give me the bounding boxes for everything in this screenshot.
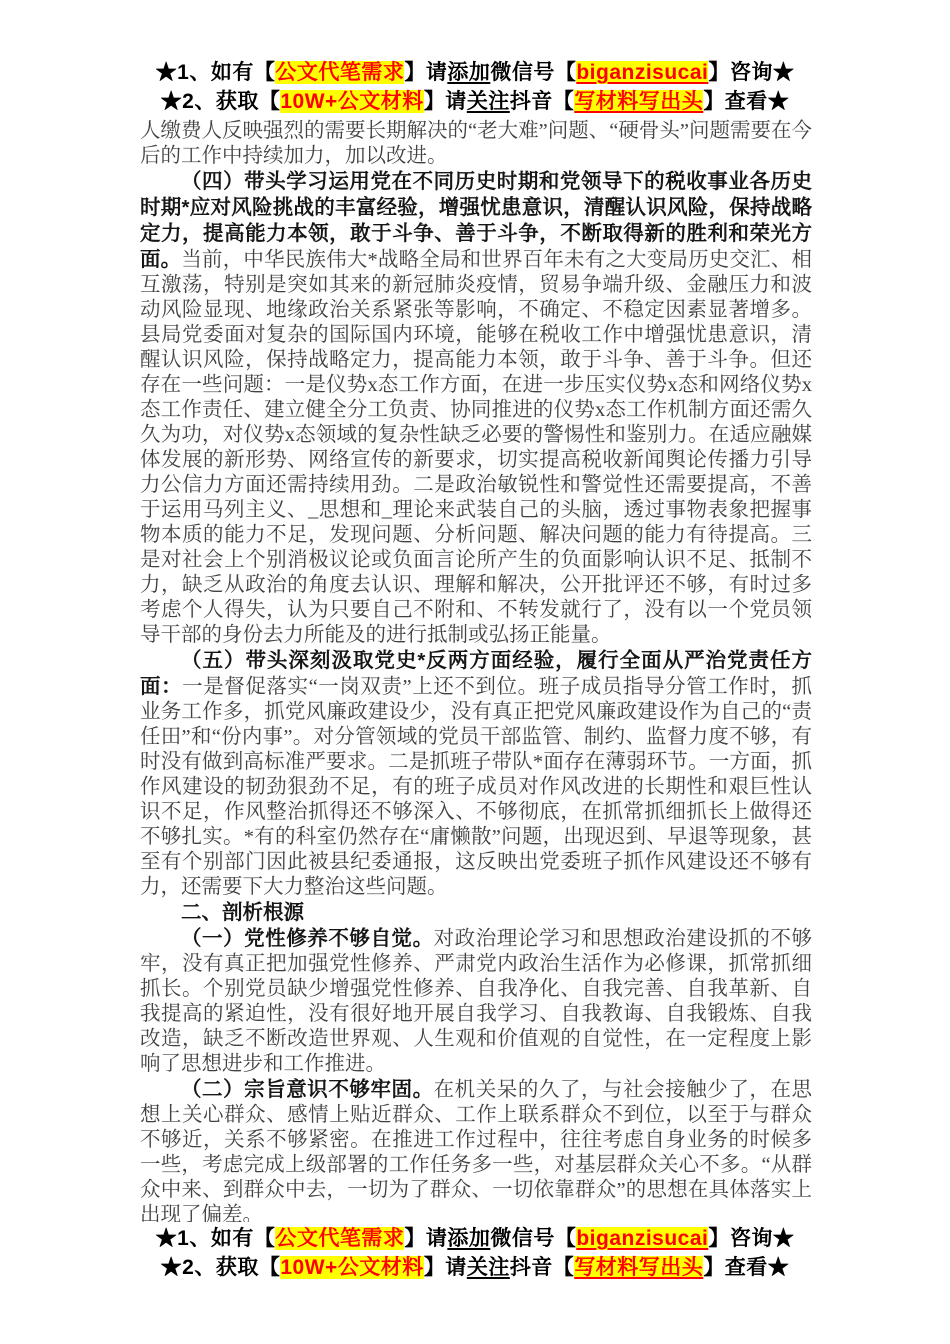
- doc-paragraph: 人缴费人反映强烈的需要长期解决的“老大难”问题、“硬骨头”问题需要在今后的工作中…: [140, 119, 812, 169]
- promo-text-run: 关注: [467, 90, 510, 113]
- promo-text-run: 抖音【: [510, 1256, 575, 1279]
- doc-paragraph: （一）党性修养不够自觉。对政治理论学习和思想政治建设抓的不够牢，没有真正把加强党…: [140, 926, 812, 1077]
- promo-highlight-run: 写材料写出头: [574, 1256, 703, 1279]
- promo-highlight-run: 公文代笔需求: [275, 1227, 404, 1250]
- promo-highlight-run: biganzisucai: [576, 1227, 708, 1250]
- promo-text-run: 】查看★: [703, 1256, 789, 1279]
- promo-highlight-run: 公文代笔需求: [275, 61, 404, 84]
- promo-text-run: 关注: [467, 1256, 510, 1279]
- promo-text-run: 】请: [404, 1227, 447, 1250]
- promo-text-run: 】请: [424, 90, 467, 113]
- doc-paragraph: （五）带头深刻汲取党史*反两方面经验，履行全面从严治党责任方面：一是督促落实“一…: [140, 648, 812, 900]
- document-page: ★1、如有【公文代笔需求】请添加微信号【biganzisucai】咨询★★2、获…: [0, 0, 950, 1344]
- doc-paragraph: （四）带头学习运用党在不同历史时期和党领导下的税收事业各历史时期*应对风险挑战的…: [140, 169, 812, 648]
- promo-line: ★2、获取【10W+公文材料】请关注抖音【写材料写出头】查看★: [0, 87, 950, 116]
- promo-text-run: 】请: [404, 61, 447, 84]
- body-text-run: 当前，中华民族伟大*战略全局和世界百年未有之大变局历史交汇、相互激荡，特别是突如…: [140, 249, 812, 646]
- top-promo-banner: ★1、如有【公文代笔需求】请添加微信号【biganzisucai】咨询★★2、获…: [0, 58, 950, 116]
- promo-text-run: 微信号【: [490, 1227, 576, 1250]
- promo-text-run: ★2、获取【: [161, 1256, 281, 1279]
- promo-text-run: 添加: [447, 61, 490, 84]
- body-text-run: 对政治理论学习和思想政治建设抓的不够牢，没有真正把加强党性修养、严肃党内政治生活…: [140, 928, 812, 1075]
- doc-paragraph: （二）宗旨意识不够牢固。在机关呆的久了，与社会接触少了，在思想上关心群众、感情上…: [140, 1077, 812, 1222]
- promo-text-run: ★1、如有【: [156, 61, 276, 84]
- promo-highlight-run: 10W+公文材料: [280, 1256, 423, 1279]
- bottom-promo-banner: ★1、如有【公文代笔需求】请添加微信号【biganzisucai】咨询★★2、获…: [0, 1224, 950, 1282]
- promo-text-run: 微信号【: [490, 61, 576, 84]
- bold-lead-run: 二、剖析根源: [181, 901, 304, 924]
- promo-highlight-run: biganzisucai: [576, 61, 708, 84]
- promo-text-run: 添加: [447, 1227, 490, 1250]
- promo-text-run: 】咨询★: [708, 1227, 794, 1250]
- bold-lead-run: （二）宗旨意识不够牢固。: [181, 1078, 434, 1101]
- body-text-run: 一是督促落实“一岗双责”上还不到位。班子成员指导分管工作时，抓业务工作多，抓党风…: [140, 676, 812, 898]
- bold-lead-run: （一）党性修养不够自觉。: [181, 927, 434, 950]
- promo-text-run: 】请: [424, 1256, 467, 1279]
- promo-text-run: 】咨询★: [708, 61, 794, 84]
- body-text-run: 人缴费人反映强烈的需要长期解决的“老大难”问题、“硬骨头”问题需要在今后的工作中…: [140, 120, 812, 167]
- promo-highlight-run: 10W+公文材料: [280, 90, 423, 113]
- document-body: 人缴费人反映强烈的需要长期解决的“老大难”问题、“硬骨头”问题需要在今后的工作中…: [140, 119, 812, 1222]
- promo-text-run: ★1、如有【: [156, 1227, 276, 1250]
- doc-paragraph: 二、剖析根源: [140, 900, 812, 926]
- promo-line: ★1、如有【公文代笔需求】请添加微信号【biganzisucai】咨询★: [0, 58, 950, 87]
- promo-text-run: ★2、获取【: [161, 90, 281, 113]
- promo-line: ★2、获取【10W+公文材料】请关注抖音【写材料写出头】查看★: [0, 1253, 950, 1282]
- promo-text-run: 】查看★: [703, 90, 789, 113]
- promo-highlight-run: 写材料写出头: [574, 90, 703, 113]
- promo-line: ★1、如有【公文代笔需求】请添加微信号【biganzisucai】咨询★: [0, 1224, 950, 1253]
- promo-text-run: 抖音【: [510, 90, 575, 113]
